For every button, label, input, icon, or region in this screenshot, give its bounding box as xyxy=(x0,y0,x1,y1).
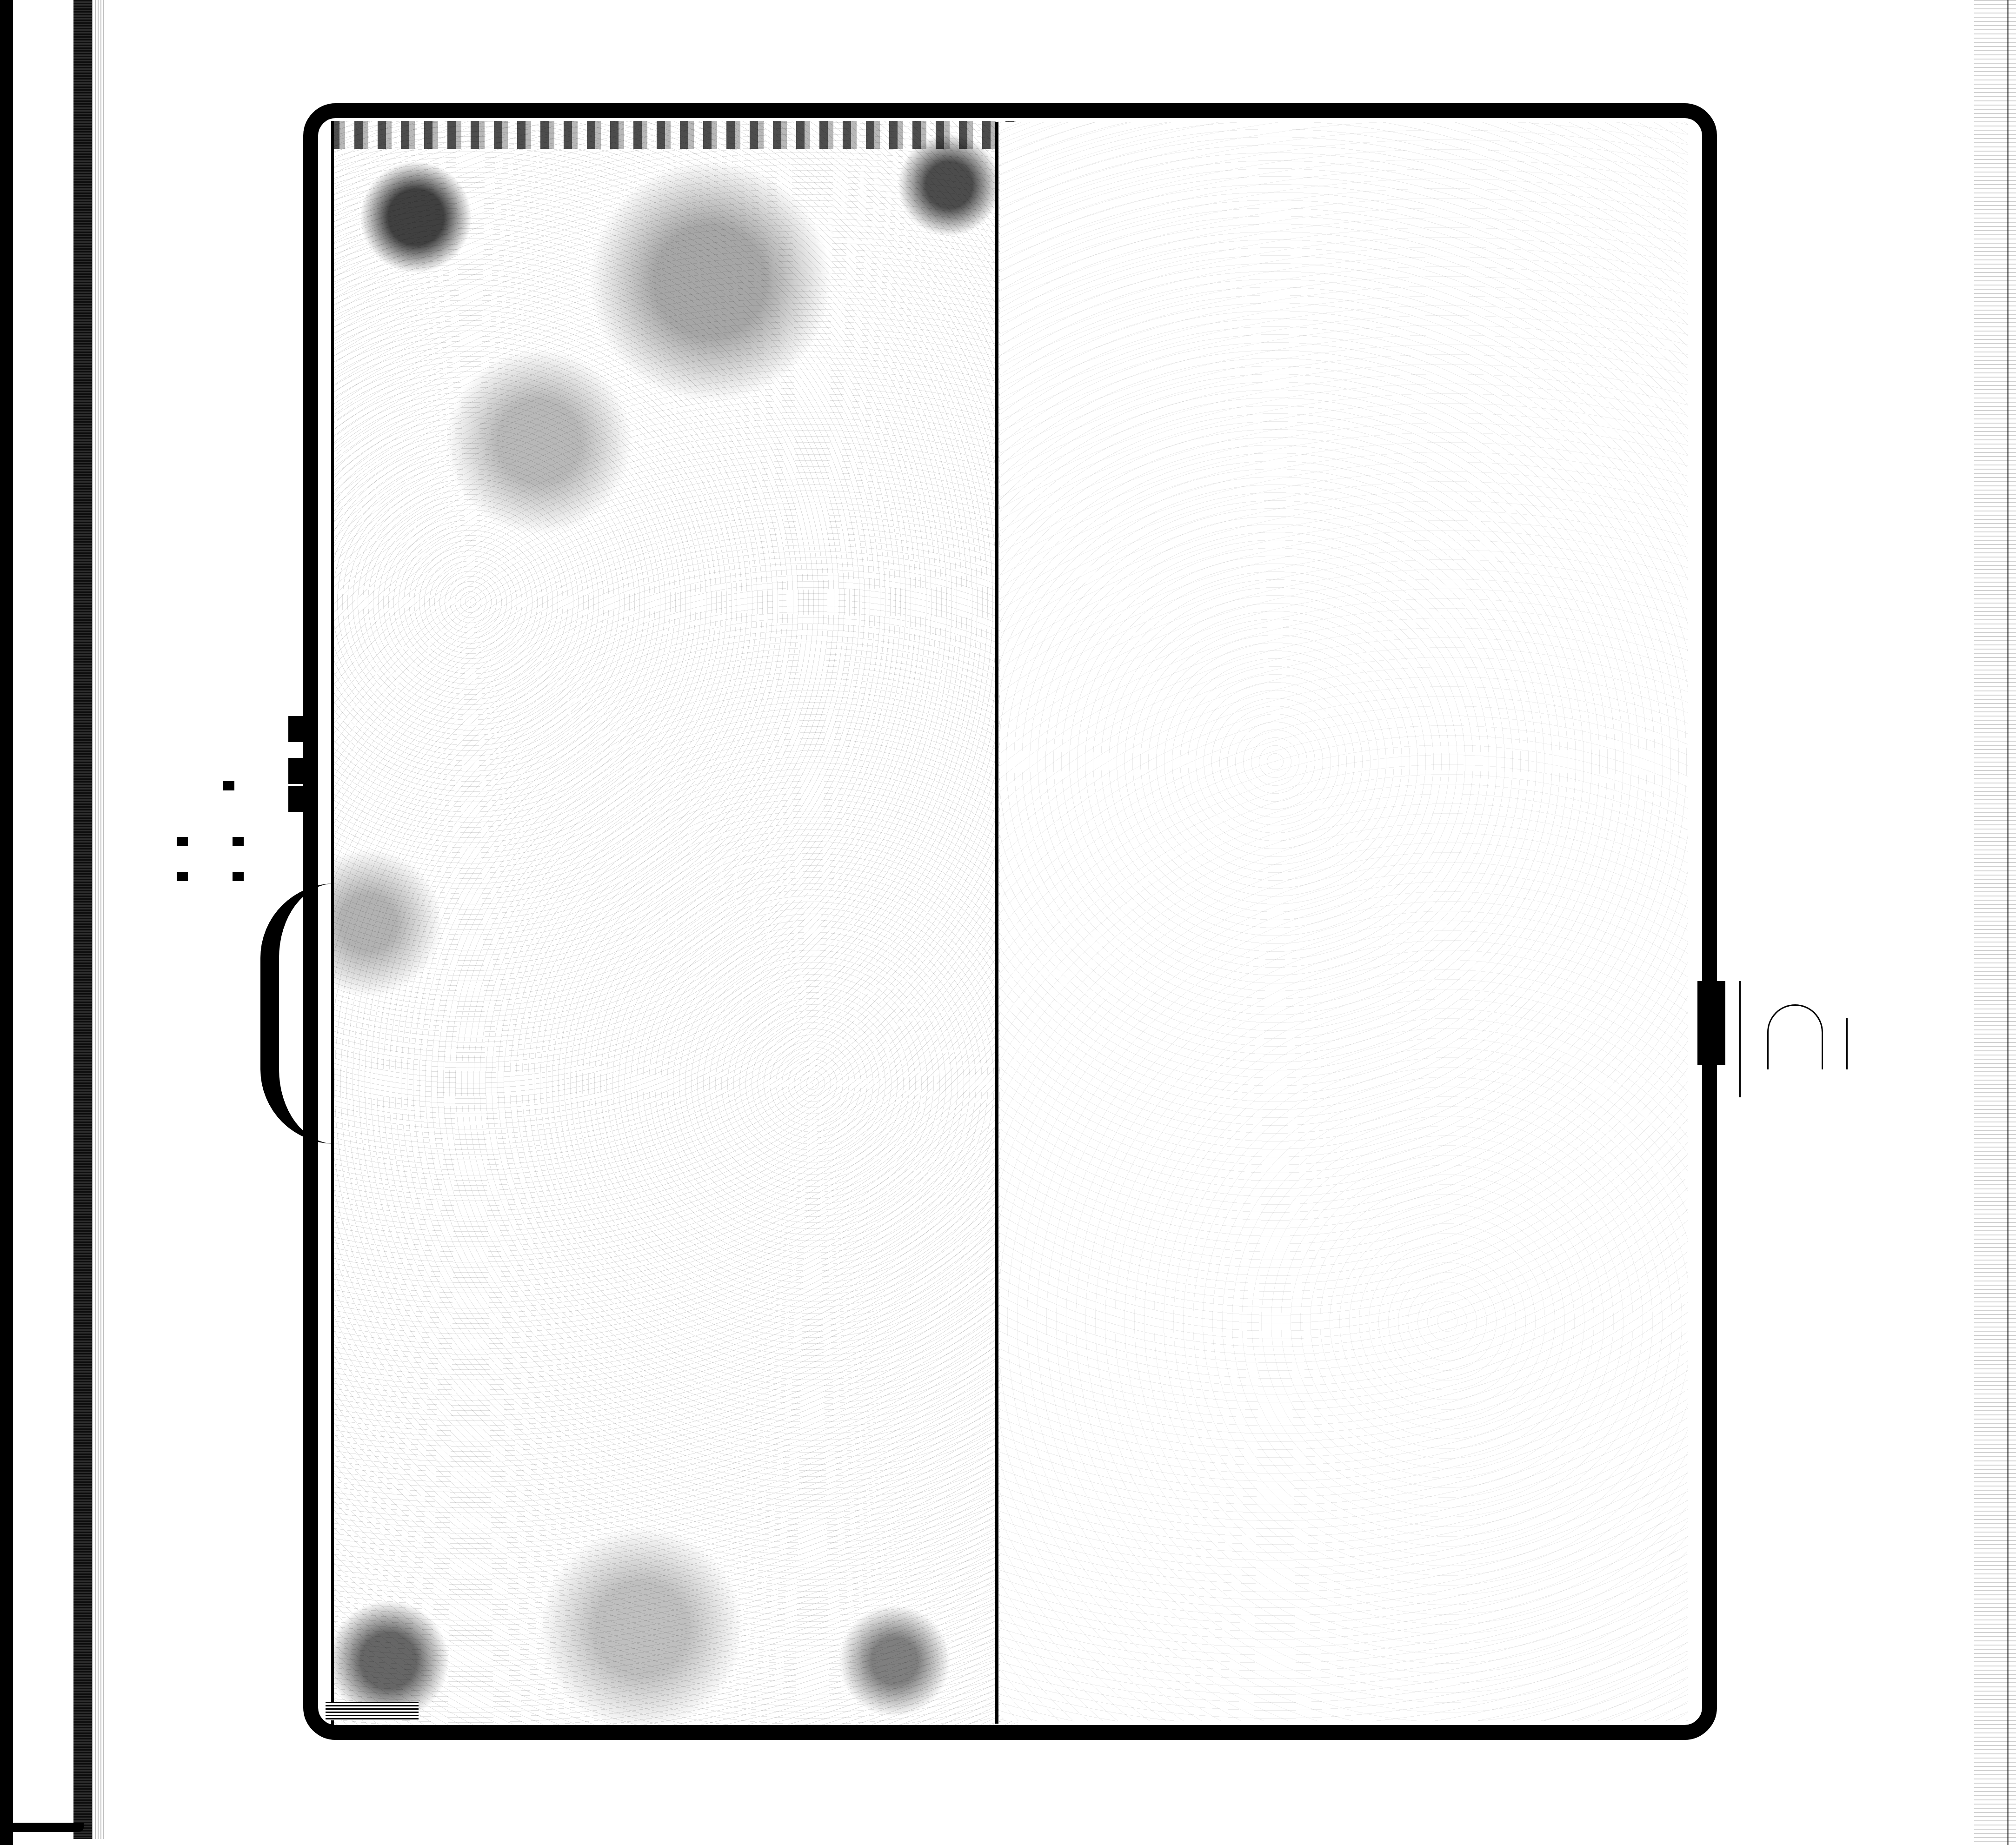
scanner-corner xyxy=(0,1823,84,1832)
scanner-border-left xyxy=(73,0,92,1839)
clasp-hook xyxy=(1767,1004,1823,1069)
clasp-right xyxy=(1697,953,1860,1074)
clasp-bar xyxy=(288,758,316,784)
book-gutter xyxy=(995,122,998,1724)
page-stack-edge xyxy=(326,1702,419,1720)
clasp-left-rivets xyxy=(177,781,270,921)
clasp-edge xyxy=(1739,981,1741,1097)
clasp-left xyxy=(288,716,321,865)
scanner-edge-left xyxy=(0,0,13,1845)
rivet-icon xyxy=(233,872,244,881)
clasp-post xyxy=(1846,1018,1848,1069)
rivet-icon xyxy=(177,872,188,881)
clasp-bar xyxy=(288,786,316,812)
scanner-edge-right xyxy=(1974,0,2016,1845)
rivet-icon xyxy=(223,781,234,790)
clasp-left-strap xyxy=(260,883,335,1144)
clasp-tab xyxy=(1697,981,1725,1065)
scanner-margin-left xyxy=(13,0,73,1845)
rivet-icon xyxy=(233,837,244,846)
clasp-bar xyxy=(288,716,316,742)
left-page-top-stain xyxy=(331,121,1015,149)
right-page xyxy=(1000,122,1688,1721)
scanner-border-shadow xyxy=(92,0,106,1839)
left-page xyxy=(331,121,1018,1725)
rivet-icon xyxy=(177,837,188,846)
scanner-border-right xyxy=(2007,0,2009,1845)
